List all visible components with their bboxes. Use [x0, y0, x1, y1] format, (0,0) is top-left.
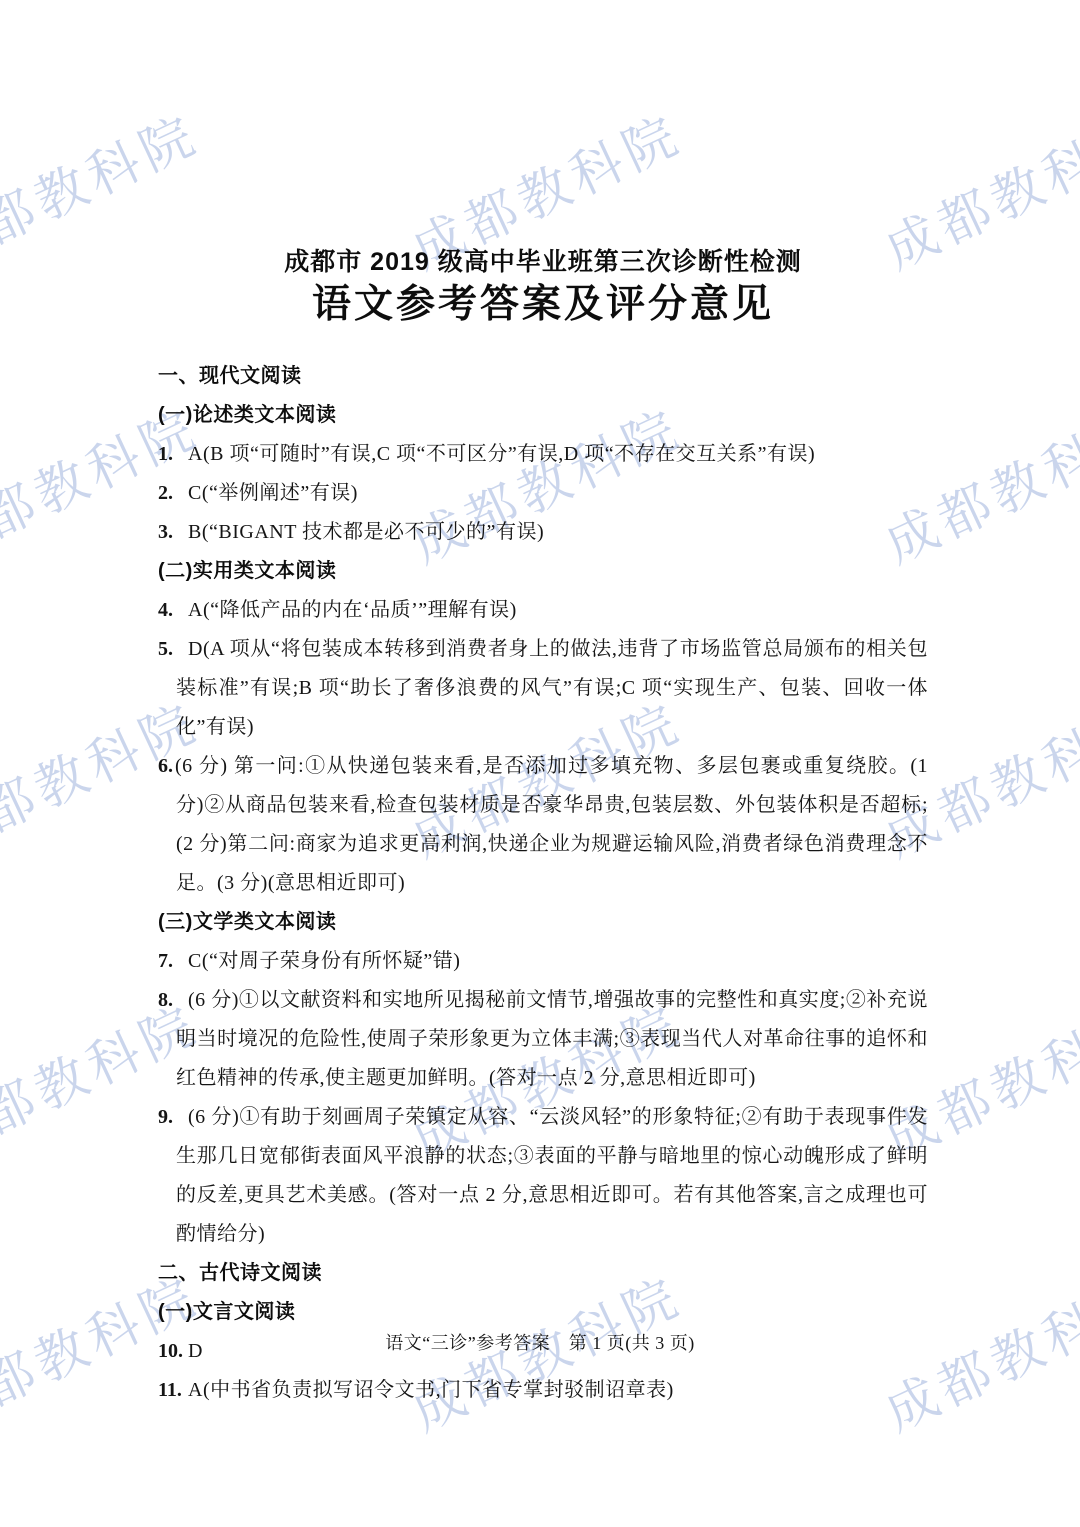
page-footer: 语文“三诊”参考答案 第 1 页(共 3 页): [0, 1330, 1080, 1356]
item-number: 2.: [158, 474, 188, 513]
answer-item: 9.(6 分)①有助于刻画周子荣镇定从容、“云淡风轻”的形象特征;②有助于表现事…: [158, 1098, 928, 1254]
subsection-heading: (一)文言文阅读: [158, 1293, 928, 1332]
item-number: 7.: [158, 942, 188, 981]
subsection-heading: (二)实用类文本阅读: [158, 552, 928, 591]
item-number: 5.: [158, 630, 188, 669]
item-number: 11.: [158, 1371, 188, 1410]
section-heading: 二、古代诗文阅读: [158, 1254, 928, 1293]
answer-item: 5.D(A 项从“将包装成本转移到消费者身上的做法,违背了市场监管总局颁布的相关…: [158, 630, 928, 747]
item-text: (6 分) 第一问:①从快递包装来看,是否添加过多填充物、多层包裹或重复绕胶。(…: [175, 755, 928, 894]
subsection-heading: (一)论述类文本阅读: [158, 396, 928, 435]
section-heading: 一、现代文阅读: [158, 357, 928, 396]
item-text: C(“举例阐述”有误): [188, 482, 358, 504]
item-number: 3.: [158, 513, 188, 552]
item-number: 9.: [158, 1098, 188, 1137]
item-number: 8.: [158, 981, 188, 1020]
answer-item: 8.(6 分)①以文献资料和实地所见揭秘前文情节,增强故事的完整性和真实度;②补…: [158, 981, 928, 1098]
item-text: B(“BIGANT 技术都是必不可少的”有误): [188, 521, 544, 543]
item-number: 1.: [158, 435, 188, 474]
answer-item: 2.C(“举例阐述”有误): [158, 474, 928, 513]
answer-item: 7.C(“对周子荣身份有所怀疑”错): [158, 942, 928, 981]
answer-item: 6.(6 分) 第一问:①从快递包装来看,是否添加过多填充物、多层包裹或重复绕胶…: [158, 747, 928, 903]
exam-title: 成都市 2019 级高中毕业班第三次诊断性检测: [158, 246, 928, 278]
item-text: C(“对周子荣身份有所怀疑”错): [188, 950, 460, 972]
answer-sheet-page: 成都教科院成都教科院成都教科院成都教科院成都教科院成都教科院成都教科院成都教科院…: [0, 0, 1080, 1527]
document-title: 语文参考答案及评分意见: [158, 278, 928, 332]
item-text: A(中书省负责拟写诏令文书,门下省专掌封驳制诏章表): [188, 1379, 674, 1401]
item-number: 6.: [158, 747, 175, 786]
answer-item: 4.A(“降低产品的内在‘品质’”理解有误): [158, 591, 928, 630]
item-text: D(A 项从“将包装成本转移到消费者身上的做法,违背了市场监管总局颁布的相关包装…: [176, 638, 928, 738]
subsection-heading: (三)文学类文本阅读: [158, 903, 928, 942]
item-text: A(B 项“可随时”有误,C 项“不可区分”有误,D 项“不存在交互关系”有误): [188, 443, 815, 465]
item-number: 4.: [158, 591, 188, 630]
item-text: (6 分)①有助于刻画周子荣镇定从容、“云淡风轻”的形象特征;②有助于表现事件发…: [176, 1106, 928, 1245]
document-body: 成都市 2019 级高中毕业班第三次诊断性检测 语文参考答案及评分意见 一、现代…: [158, 246, 928, 1410]
item-text: A(“降低产品的内在‘品质’”理解有误): [188, 599, 517, 621]
answer-content: 一、现代文阅读(一)论述类文本阅读1.A(B 项“可随时”有误,C 项“不可区分…: [158, 357, 928, 1410]
answer-item: 3.B(“BIGANT 技术都是必不可少的”有误): [158, 513, 928, 552]
answer-item: 11.A(中书省负责拟写诏令文书,门下省专掌封驳制诏章表): [158, 1371, 928, 1410]
answer-item: 1.A(B 项“可随时”有误,C 项“不可区分”有误,D 项“不存在交互关系”有…: [158, 435, 928, 474]
item-text: (6 分)①以文献资料和实地所见揭秘前文情节,增强故事的完整性和真实度;②补充说…: [176, 989, 928, 1089]
